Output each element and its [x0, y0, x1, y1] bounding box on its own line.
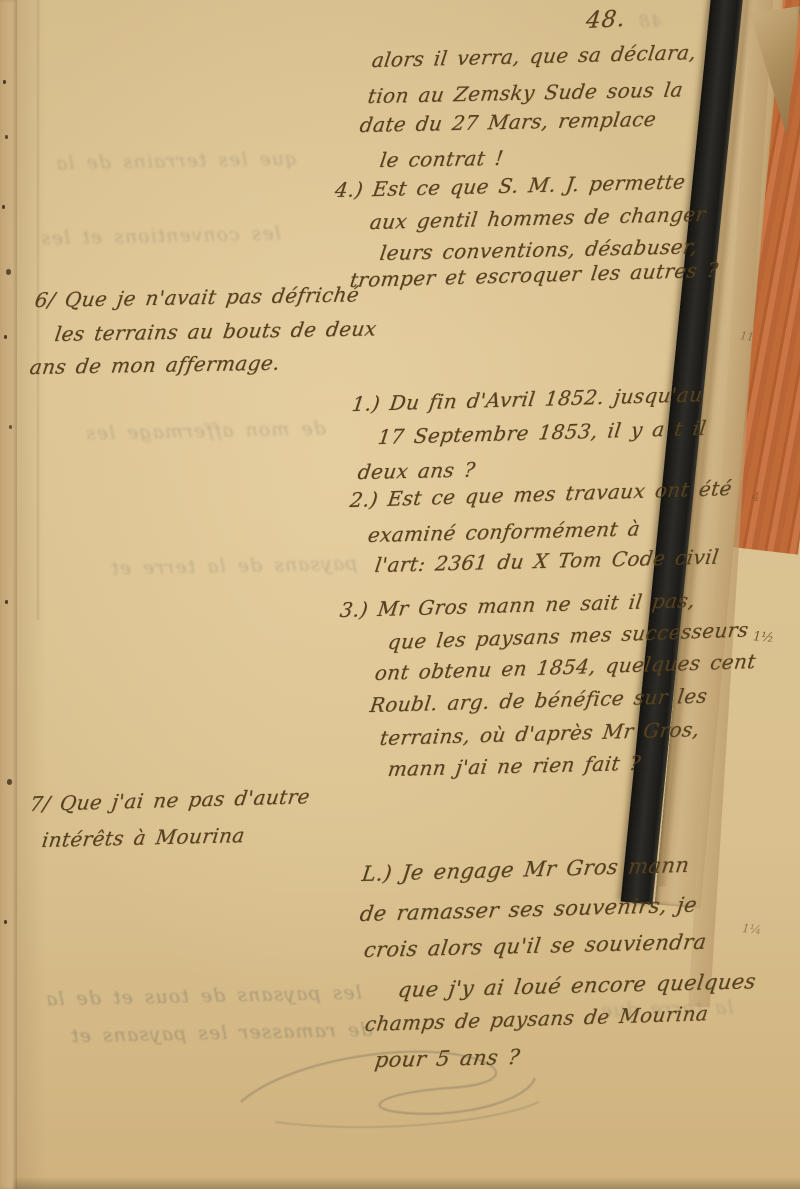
page-number: 48.: [585, 6, 627, 34]
manuscript-line: le contrat !: [378, 146, 505, 172]
left-page-edge: [0, 0, 17, 1189]
manuscript-line: intérêts à Mourina: [40, 823, 246, 852]
manuscript-line: pour 5 ans ?: [373, 1045, 521, 1072]
margin-mark: 1¼: [741, 921, 762, 937]
manuscript-photo: que les terrains de la les conventions e…: [0, 0, 800, 1189]
manuscript-line: ans de mon affermage.: [28, 351, 281, 379]
margin-mark: 11: [739, 329, 755, 344]
margin-mark: 4: [752, 490, 760, 504]
ink-specks: [3, 80, 6, 84]
bleedthrough-signature-flourish: [235, 1028, 545, 1128]
margin-mark: 1½: [753, 629, 775, 645]
manuscript-line: deux ans ?: [356, 458, 477, 485]
page-number-ghost: 48: [638, 12, 662, 32]
